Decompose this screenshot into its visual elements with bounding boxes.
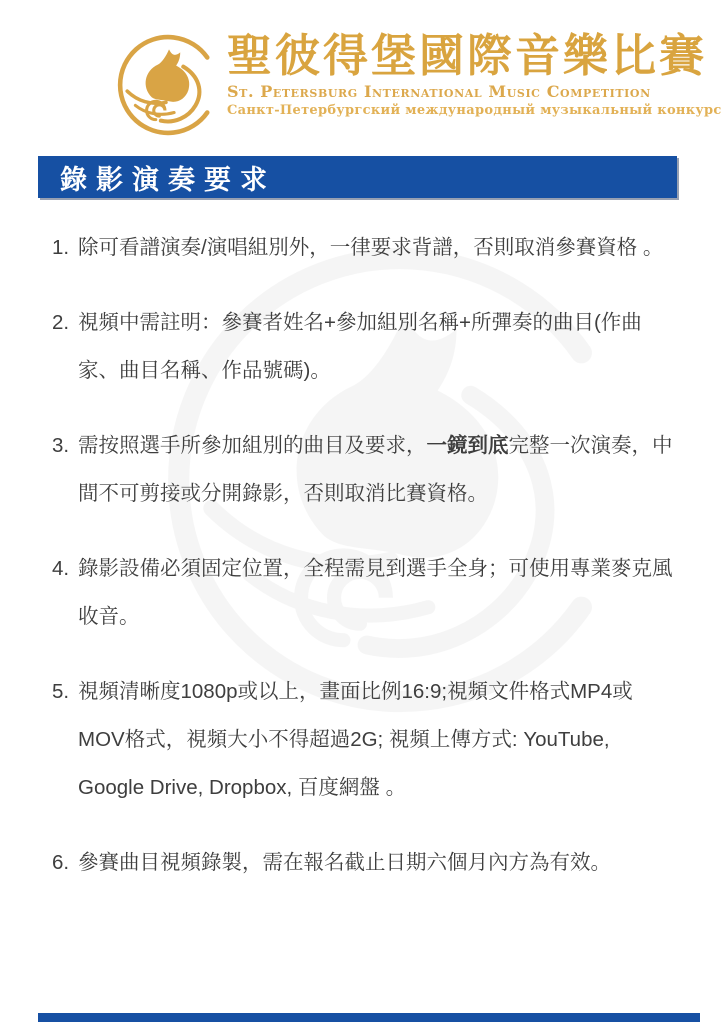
requirement-text: 除可看譜演奏/演唱組別外，一律要求背譜，否則取消參賽資格 。 xyxy=(78,224,676,272)
requirement-item: 4.錄影設備必須固定位置，全程需見到選手全身；可使用專業麥克風收音。 xyxy=(52,545,676,641)
requirement-item: 1.除可看譜演奏/演唱組別外，一律要求背譜，否則取消參賽資格 。 xyxy=(52,224,676,272)
header-titles: 聖彼得堡國際音樂比賽 St. Petersburg International … xyxy=(227,30,722,118)
requirement-text: 需按照選手所參加組別的曲目及要求，一鏡到底完整一次演奏，中間不可剪接或分開錄影，… xyxy=(78,422,676,518)
footer-bar xyxy=(38,1013,700,1022)
requirement-text: 視頻中需註明：參賽者姓名+參加組別名稱+所彈奏的曲目(作曲家、曲目名稱、作品號碼… xyxy=(78,299,676,395)
title-russian: Санкт-Петербургский международный музыка… xyxy=(227,103,722,118)
requirement-number: 4. xyxy=(52,545,78,641)
section-banner: 錄影演奏要求 xyxy=(38,156,677,198)
requirement-item: 6.參賽曲目視頻錄製，需在報名截止日期六個月內方為有效。 xyxy=(52,839,676,887)
requirement-number: 6. xyxy=(52,839,78,887)
title-english: St. Petersburg International Music Compe… xyxy=(227,83,722,101)
requirement-text: 視頻清晰度1080p或以上，畫面比例16:9;視頻文件格式MP4或MOV格式，視… xyxy=(78,668,676,812)
requirement-item: 2.視頻中需註明：參賽者姓名+參加組別名稱+所彈奏的曲目(作曲家、曲目名稱、作品… xyxy=(52,299,676,395)
section-banner-label: 錄影演奏要求 xyxy=(60,158,276,197)
requirement-item: 5.視頻清晰度1080p或以上，畫面比例16:9;視頻文件格式MP4或MOV格式… xyxy=(52,668,676,812)
competition-logo-icon xyxy=(115,32,221,138)
document-page: 聖彼得堡國際音樂比賽 St. Petersburg International … xyxy=(0,0,724,1024)
requirement-item: 3.需按照選手所參加組別的曲目及要求，一鏡到底完整一次演奏，中間不可剪接或分開錄… xyxy=(52,422,676,518)
requirement-text: 參賽曲目視頻錄製，需在報名截止日期六個月內方為有效。 xyxy=(78,839,676,887)
header: 聖彼得堡國際音樂比賽 St. Petersburg International … xyxy=(115,30,704,138)
requirement-number: 3. xyxy=(52,422,78,518)
title-chinese: 聖彼得堡國際音樂比賽 xyxy=(227,30,722,82)
requirement-text: 錄影設備必須固定位置，全程需見到選手全身；可使用專業麥克風收音。 xyxy=(78,545,676,641)
requirement-number: 5. xyxy=(52,668,78,812)
requirement-number: 2. xyxy=(52,299,78,395)
requirement-number: 1. xyxy=(52,224,78,272)
requirements-list: 1.除可看譜演奏/演唱組別外，一律要求背譜，否則取消參賽資格 。2.視頻中需註明… xyxy=(52,224,676,914)
